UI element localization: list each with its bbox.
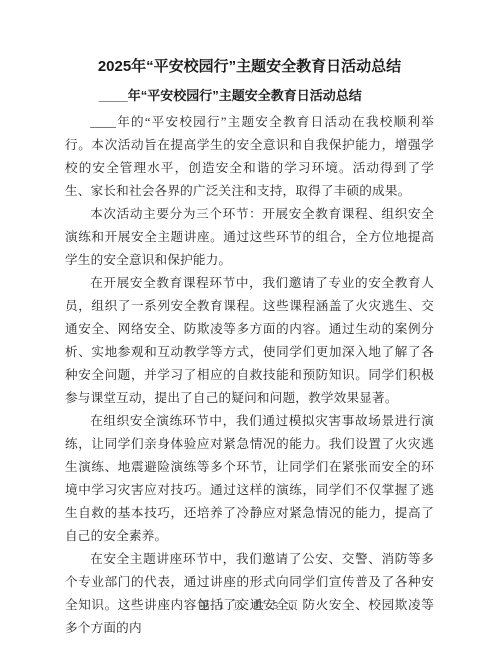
paragraph-overview: 本次活动主要分为三个环节：开展安全教育课程、组织安全演练和开展安全主题讲座。通过… [65, 203, 434, 272]
document-subtitle: ____年“平安校园行”主题安全教育日活动总结 [65, 87, 434, 105]
document-page: 2025年“平安校园行”主题安全教育日活动总结 ____年“平安校园行”主题安全… [0, 0, 500, 647]
document-title: 2025年“平安校园行”主题安全教育日活动总结 [65, 57, 434, 77]
document-body: ____年的“平安校园行”主题安全教育日活动在我校顺利举行。本次活动旨在提高学生… [65, 111, 434, 640]
paragraph-intro: ____年的“平安校园行”主题安全教育日活动在我校顺利举行。本次活动旨在提高学生… [65, 111, 434, 203]
paragraph-lectures: 在安全主题讲座环节中，我们邀请了公安、交警、消防等多个专业部门的代表，通过讲座的… [65, 548, 434, 640]
paragraph-drills: 在组织安全演练环节中，我们通过模拟灾害事故场景进行演练，让同学们亲身体验应对紧急… [65, 410, 434, 548]
paragraph-courses: 在开展安全教育课程环节中，我们邀请了专业的安全教育人员，组织了一系列安全教育课程… [65, 272, 434, 410]
page-number-footer: 第 1 页 共 5 页 [0, 597, 500, 613]
